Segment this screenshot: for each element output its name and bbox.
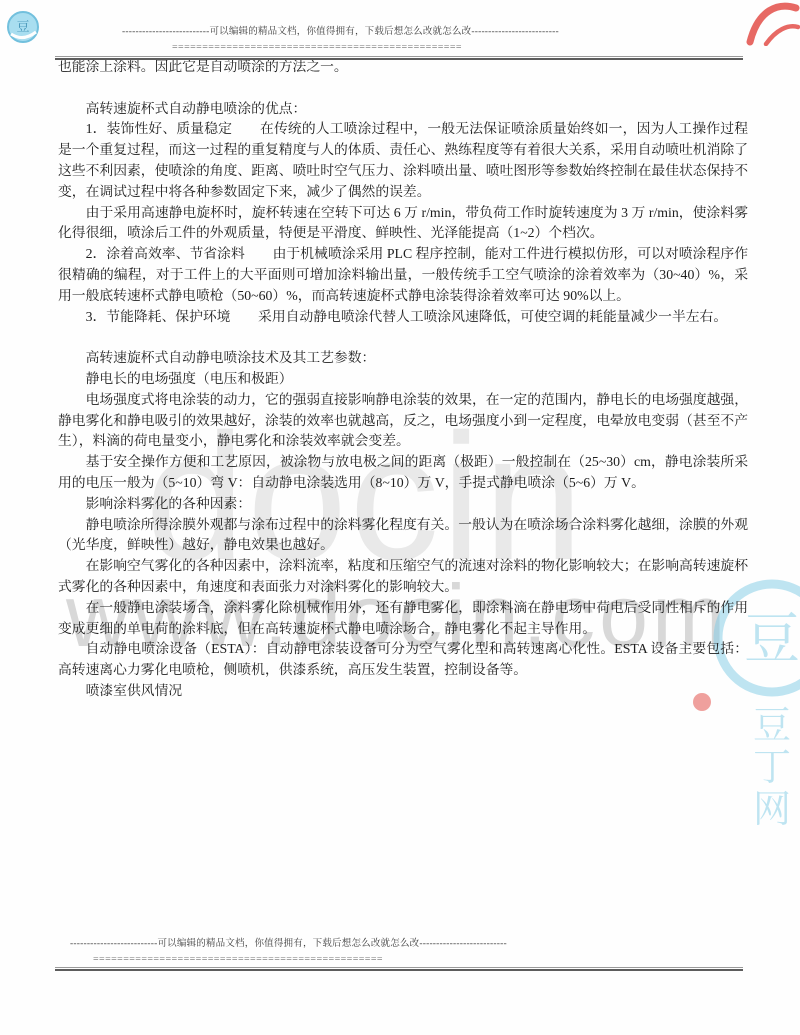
doc-heading-advantages: 高转速旋杯式自动静电喷涂的优点： (58, 99, 748, 120)
doc-paragraph: 也能涂上涂料。因此它是自动喷涂的方法之一。 (58, 57, 748, 78)
blank-line (58, 78, 748, 99)
red-swoosh-icon (744, 0, 800, 46)
footer-equals-line: ========================================… (93, 954, 383, 965)
doc-subheading-field-strength: 静电长的电场强度（电压和极距） (58, 369, 748, 390)
svg-text:网: 网 (753, 789, 791, 831)
doc-subheading-atomization: 影响涂料雾化的各种因素： (58, 494, 748, 515)
header-rule (55, 56, 743, 60)
footer-rule (55, 967, 743, 971)
doc-paragraph: 3．节能降耗、保护环境 采用自动静电喷涂代替人工喷涂风速降低，可使空调的耗能量减… (58, 307, 748, 328)
blank-line (58, 327, 748, 348)
footer-notice: --------------------------可以编辑的精品文档，你值得拥… (70, 938, 507, 950)
header-notice: --------------------------可以编辑的精品文档，你值得拥… (122, 26, 559, 38)
svg-text:豆: 豆 (16, 19, 29, 34)
doc-paragraph: 2．涂着高效率、节省涂料 由于机械喷涂采用 PLC 程序控制，能对工件进行模拟仿… (58, 244, 748, 306)
svg-text:豆: 豆 (744, 607, 800, 670)
doc-subheading-booth-air: 喷漆室供风情况 (58, 681, 748, 702)
header-equals-line: ========================================… (172, 42, 462, 53)
docin-logo-icon: 豆 (6, 8, 42, 56)
doc-paragraph: 1．装饰性好、质量稳定 在传统的人工喷涂过程中，一般无法保证喷涂质量始终如一，因… (58, 119, 748, 202)
doc-paragraph: 电场强度式将电涂装的动力，它的强弱直接影响静电涂装的效果，在一定的范围内，静电长… (58, 390, 748, 452)
document-page: docin www.docin.com 豆 豆 豆 丁 网 ----------… (0, 0, 800, 1035)
doc-paragraph: 在影响空气雾化的各种因素中，涂料流率，粘度和压缩空气的流速对涂料的物化影响较大；… (58, 556, 748, 598)
doc-paragraph: 由于采用高速静电旋杯时，旋杯转速在空转下可达 6 万 r/min，带负荷工作时旋… (58, 203, 748, 245)
doc-paragraph: 静电喷涂所得涂膜外观都与涂布过程中的涂料雾化程度有关。一般认为在喷涂场合涂料雾化… (58, 515, 748, 557)
document-body: 也能涂上涂料。因此它是自动喷涂的方法之一。 高转速旋杯式自动静电喷涂的优点： 1… (58, 57, 748, 702)
doc-heading-parameters: 高转速旋杯式自动静电喷涂技术及其工艺参数： (58, 348, 748, 369)
doc-paragraph: 基于安全操作方便和工艺原因，被涂物与放电极之间的距离（极距）一般控制在（25~3… (58, 452, 748, 494)
doc-paragraph: 在一般静电涂装场合，涂料雾化除机械作用外，还有静电雾化，即涂料滴在静电场中荷电后… (58, 598, 748, 640)
doc-paragraph: 自动静电喷涂设备（ESTA）：自动静电涂装设备可分为空气雾化型和高转速离心化性。… (58, 639, 748, 681)
svg-text:豆: 豆 (753, 705, 791, 747)
svg-text:丁: 丁 (753, 747, 791, 789)
